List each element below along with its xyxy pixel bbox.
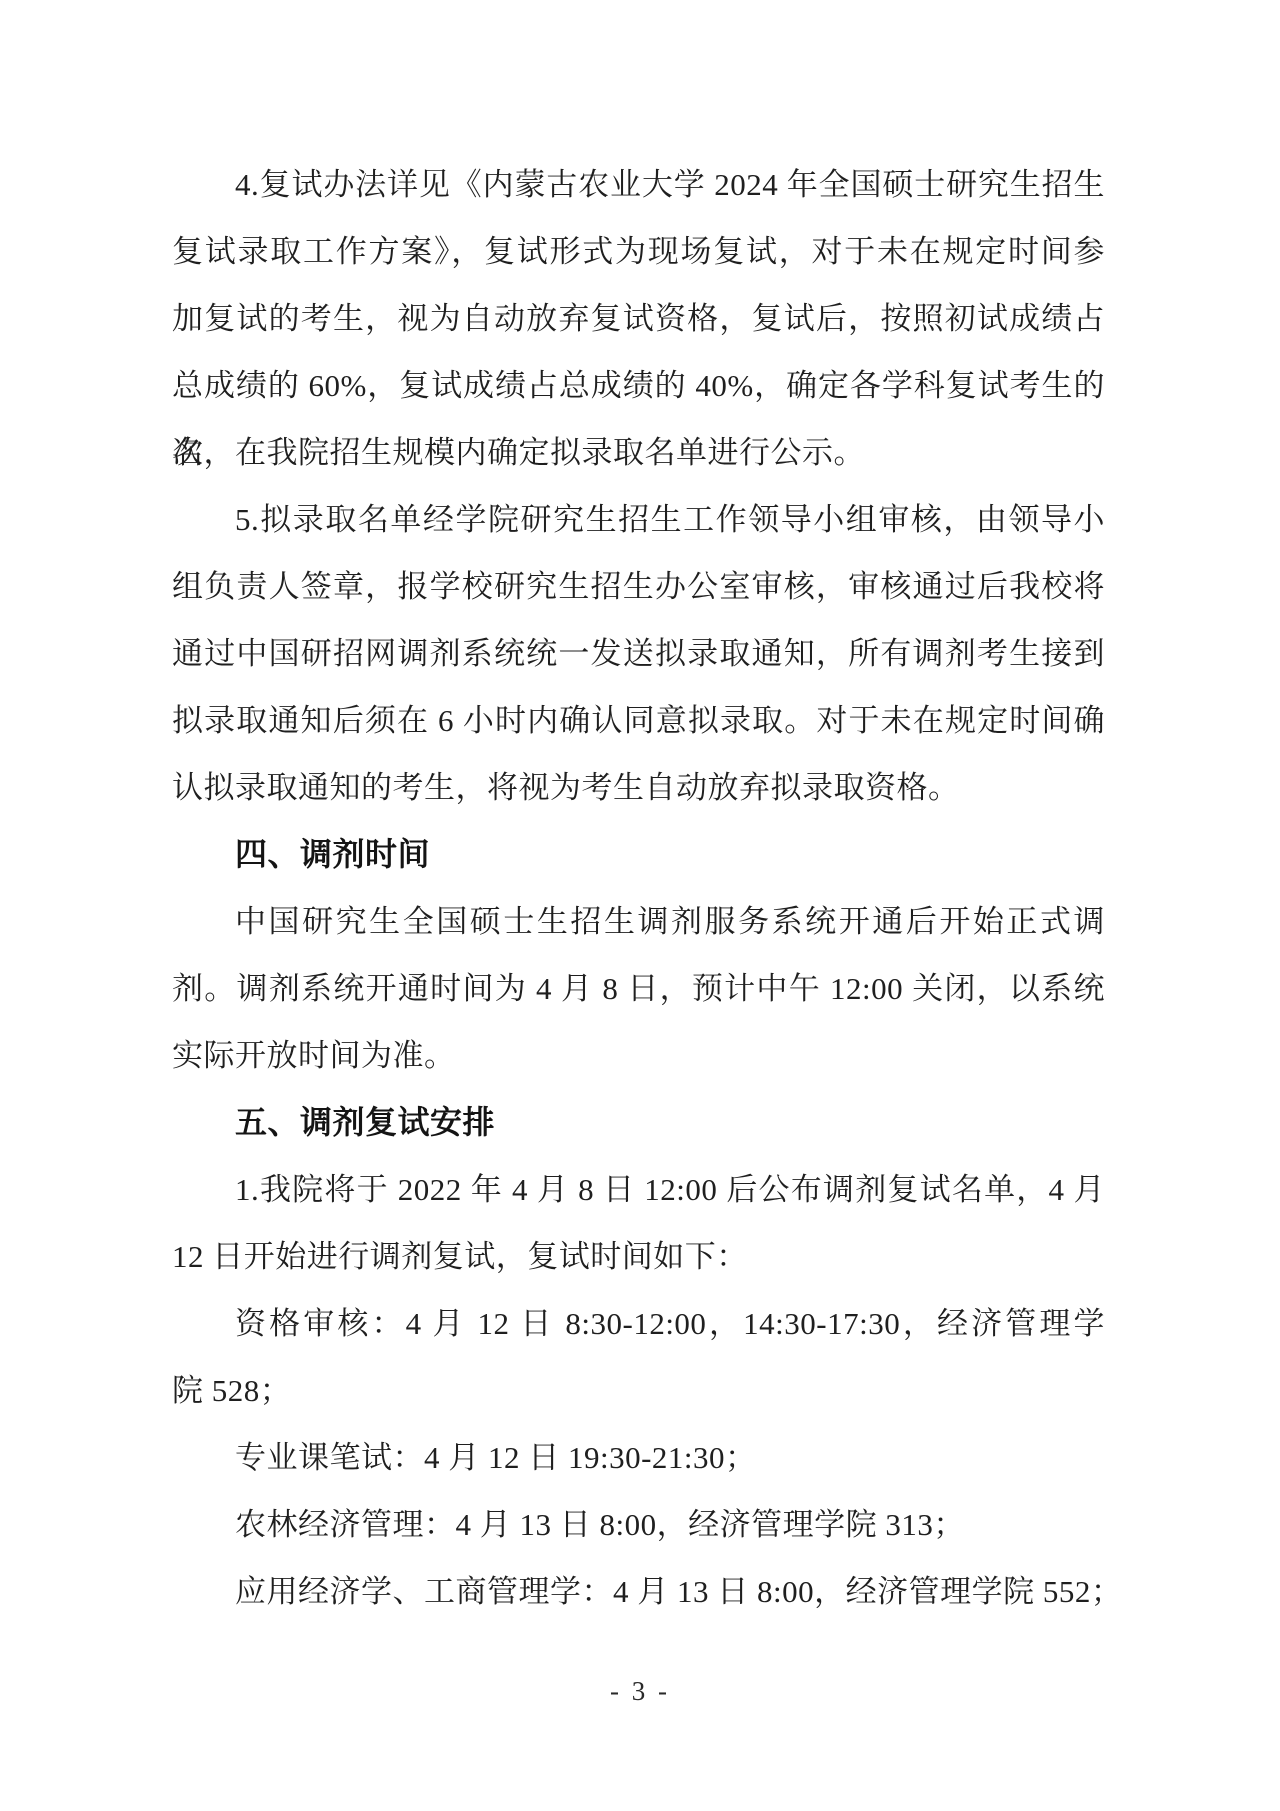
document-line: 复试录取工作方案》，复试形式为现场复试，对于未在规定时间参 [172,218,1105,285]
section-heading: 五、调剂复试安排 [172,1089,1105,1156]
document-line: 拟录取通知后须在 6 小时内确认同意拟录取。对于未在规定时间确 [172,687,1105,754]
document-page: 4.复试办法详见《内蒙古农业大学 2024 年全国硕士研究生招生复试录取工作方案… [0,0,1280,1811]
document-line: 1.我院将于 2022 年 4 月 8 日 12:00 后公布调剂复试名单，4 … [172,1156,1105,1223]
document-line: 总成绩的 60%，复试成绩占总成绩的 40%，确定各学科复试考生的名 [172,352,1105,419]
document-line: 通过中国研招网调剂系统统一发送拟录取通知，所有调剂考生接到 [172,620,1105,687]
document-line: 资格审核：4 月 12 日 8:30-12:00，14:30-17:30，经济管… [172,1290,1105,1357]
document-line: 实际开放时间为准。 [172,1022,1105,1089]
section-heading: 四、调剂时间 [172,821,1105,888]
document-line: 加复试的考生，视为自动放弃复试资格，复试后，按照初试成绩占 [172,285,1105,352]
document-line: 次，在我院招生规模内确定拟录取名单进行公示。 [172,419,1105,486]
document-line: 12 日开始进行调剂复试，复试时间如下： [172,1223,1105,1290]
document-line: 应用经济学、工商管理学：4 月 13 日 8:00，经济管理学院 552； [172,1558,1105,1625]
document-line: 院 528； [172,1357,1105,1424]
document-line: 组负责人签章，报学校研究生招生办公室审核，审核通过后我校将 [172,553,1105,620]
document-line: 中国研究生全国硕士生招生调剂服务系统开通后开始正式调 [172,888,1105,955]
document-line: 剂。调剂系统开通时间为 4 月 8 日，预计中午 12:00 关闭，以系统 [172,955,1105,1022]
document-line: 农林经济管理：4 月 13 日 8:00，经济管理学院 313； [172,1491,1105,1558]
document-line: 5.拟录取名单经学院研究生招生工作领导小组审核，由领导小 [172,486,1105,553]
document-line: 4.复试办法详见《内蒙古农业大学 2024 年全国硕士研究生招生 [172,151,1105,218]
document-line: 专业课笔试：4 月 12 日 19:30-21:30； [172,1424,1105,1491]
page-number: - 3 - [0,1676,1280,1707]
document-line: 认拟录取通知的考生，将视为考生自动放弃拟录取资格。 [172,754,1105,821]
document-body: 4.复试办法详见《内蒙古农业大学 2024 年全国硕士研究生招生复试录取工作方案… [172,151,1105,1625]
